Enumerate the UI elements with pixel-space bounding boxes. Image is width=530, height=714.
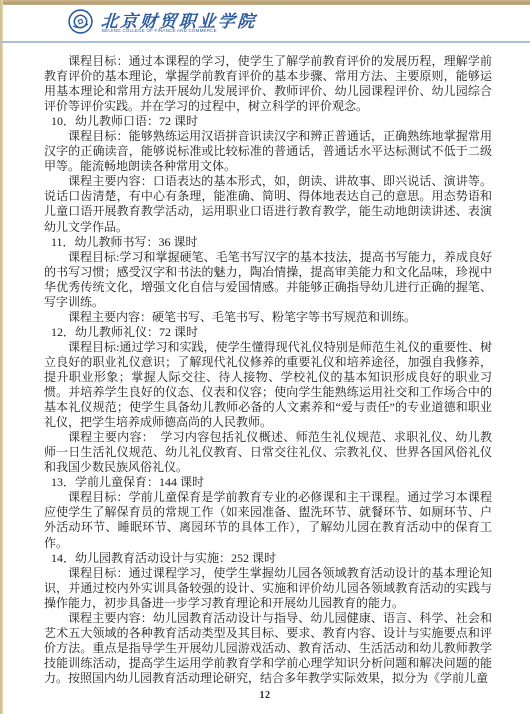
course-heading: 11．幼儿教师书写：36 课时	[44, 235, 492, 250]
course-paragraph: 课程主要内容：口语表达的基本形式，如，朗读、讲故事、即兴说话、演讲等。说话口齿清…	[44, 174, 492, 234]
course-heading: 12．幼儿教师礼仪：72 课时	[44, 325, 492, 340]
course-heading: 10．幼儿教师口语：72 课时	[44, 114, 492, 129]
college-name-en: BEIJING COLLEGE OF FINANCE AND COMMERCE	[102, 28, 217, 33]
document-body: 课程目标：通过本课程的学习，使学生了解学前教育评价的发展历程，理解学前教育评价的…	[44, 54, 492, 686]
course-paragraph: 课程目标：通过本课程的学习，使学生了解学前教育评价的发展历程，理解学前教育评价的…	[44, 54, 492, 114]
course-paragraph: 课程主要内容：幼儿园教育活动设计与指导、幼儿园健康、语言、科学、社会和艺术五大领…	[44, 611, 492, 686]
scan-edge-left	[0, 0, 3, 714]
course-paragraph: 课程目标:通过学习和实践，使学生懂得现代礼仪特别是师范生礼仪的重要性、树立良好的…	[44, 340, 492, 430]
course-heading: 14．幼儿园教育活动设计与实施：252 课时	[44, 551, 492, 566]
page-number: 12	[0, 690, 530, 701]
course-paragraph: 课程主要内容：硬笔书写、毛笔书写、粉笔字等书写规范和训练。	[44, 310, 492, 325]
course-paragraph: 课程目标:学习和掌握硬笔、毛笔书写汉字的基本技法，提高书写能力，养成良好的书写习…	[44, 250, 492, 310]
course-paragraph: 课程目标：学前儿童保育是学前教育专业的必修课和主干课程。通过学习本课程应使学生了…	[44, 490, 492, 550]
header-divider	[0, 41, 530, 43]
scan-edge-top	[0, 0, 530, 5]
course-paragraph: 课程目标：通过课程学习，使学生掌握幼儿园各领域教育活动设计的基本理论知识，并通过…	[44, 566, 492, 611]
college-seal-icon	[68, 9, 93, 34]
course-paragraph: 课程主要内容： 学习内容包括礼仪概述、师范生礼仪规范、求职礼仪、幼儿教师一日生活…	[44, 430, 492, 475]
course-heading: 13．学前儿童保育：144 课时	[44, 475, 492, 490]
course-paragraph: 课程目标：能够熟练运用汉语拼音识读汉字和辨正普通话，正确熟练地掌握常用汉字的正确…	[44, 129, 492, 174]
